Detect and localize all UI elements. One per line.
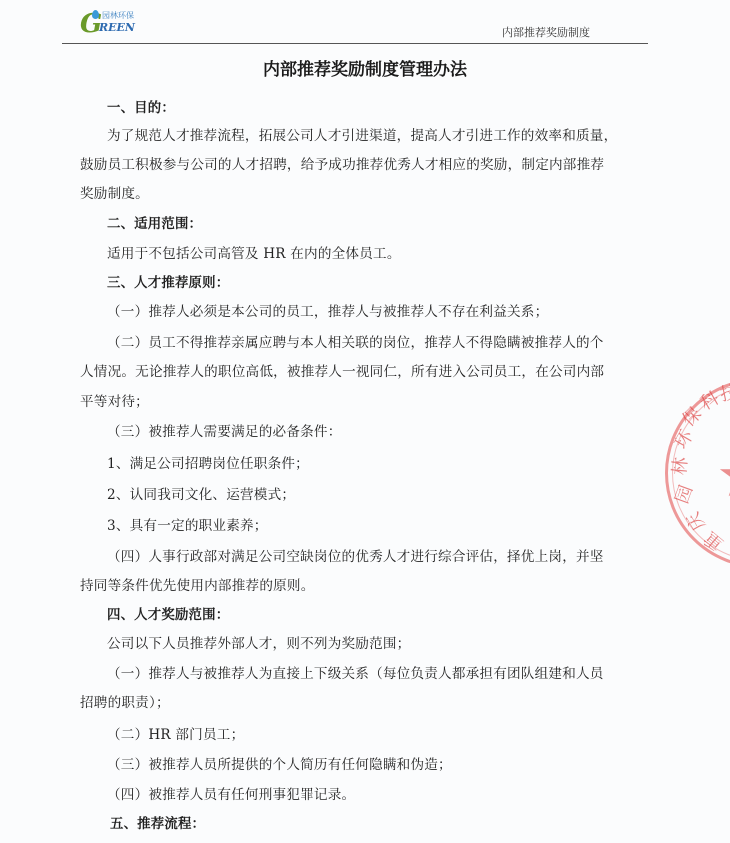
section-heading-reward-scope: 四、人才奖励范围： [107,604,229,623]
paragraph-line: 人情况。无论推荐人的职位高低，被推荐人一视同仁，所有进入公司员工，在公司内部 [80,360,604,380]
company-logo: G 园林环保 REEN [80,8,150,36]
company-seal-stamp: ★ 园 林 环 保 科 技 有 庆 重 [665,378,730,568]
star-icon: ★ [716,441,730,511]
list-item: （二）HR 部门员工； [107,723,244,743]
document-page: G 园林环保 REEN 内部推荐奖励制度 内部推荐奖励制度管理办法 一、目的： … [0,0,730,843]
logo-english-text: REEN [99,21,135,34]
stamp-char: 林 [665,456,692,476]
list-item: （三）被推荐人员所提供的个人简历有任何隐瞒和伪造； [107,753,452,773]
list-item: 1、满足公司招聘岗位任职条件； [107,452,309,472]
document-title: 内部推荐奖励制度管理办法 [0,55,730,80]
list-item: 3、具有一定的职业素养； [107,514,268,534]
paragraph-line: 奖励制度。 [80,182,149,202]
paragraph-line: 持同等条件优先使用内部推荐的原则。 [80,574,315,594]
paragraph-line: （四）人事行政部对满足公司空缺岗位的优秀人才进行综合评估，择优上岗，并坚 [107,545,604,565]
paragraph-line: （一）推荐人必须是本公司的员工，推荐人与被推荐人不存在利益关系； [107,300,548,320]
section-heading-process: 五、推荐流程： [110,813,205,832]
paragraph-line: （三）被推荐人需要满足的必备条件： [107,420,342,440]
paragraph-line: 招聘的职责）； [80,691,170,711]
header-divider [62,43,648,44]
logo-chinese-text: 园林环保 [102,10,134,21]
paragraph-line: 公司以下人员推荐外部人才，则不列为奖励范围； [107,632,410,652]
section-heading-purpose: 一、目的： [107,97,175,116]
section-heading-scope: 二、适用范围： [107,213,202,232]
paragraph-line: 适用于不包括公司高管及 HR 在内的全体员工。 [107,242,401,262]
paragraph-line: 鼓励员工积极参与公司的人才招聘，给予成功推荐优秀人才相应的奖励，制定内部推荐 [80,153,604,173]
paragraph-line: 为了规范人才推荐流程，拓展公司人才引进渠道，提高人才引进工作的效率和质量， [107,124,617,144]
page-header: G 园林环保 REEN 内部推荐奖励制度 [62,0,730,46]
paragraph-line: （一）推荐人与被推荐人为直接上下级关系（每位负责人都承担有团队组建和人员 [107,662,604,682]
running-title: 内部推荐奖励制度 [502,24,590,40]
paragraph-line: 平等对待； [80,390,149,410]
section-heading-principles: 三、人才推荐原则： [107,272,229,291]
list-item: 2、认同我司文化、运营模式； [107,483,295,503]
list-item: （四）被推荐人员有任何刑事犯罪记录。 [107,783,355,803]
water-drop-icon [92,10,99,19]
paragraph-line: （二）员工不得推荐亲属应聘与本人相关联的岗位，推荐人不得隐瞒被推荐人的个 [107,331,604,351]
